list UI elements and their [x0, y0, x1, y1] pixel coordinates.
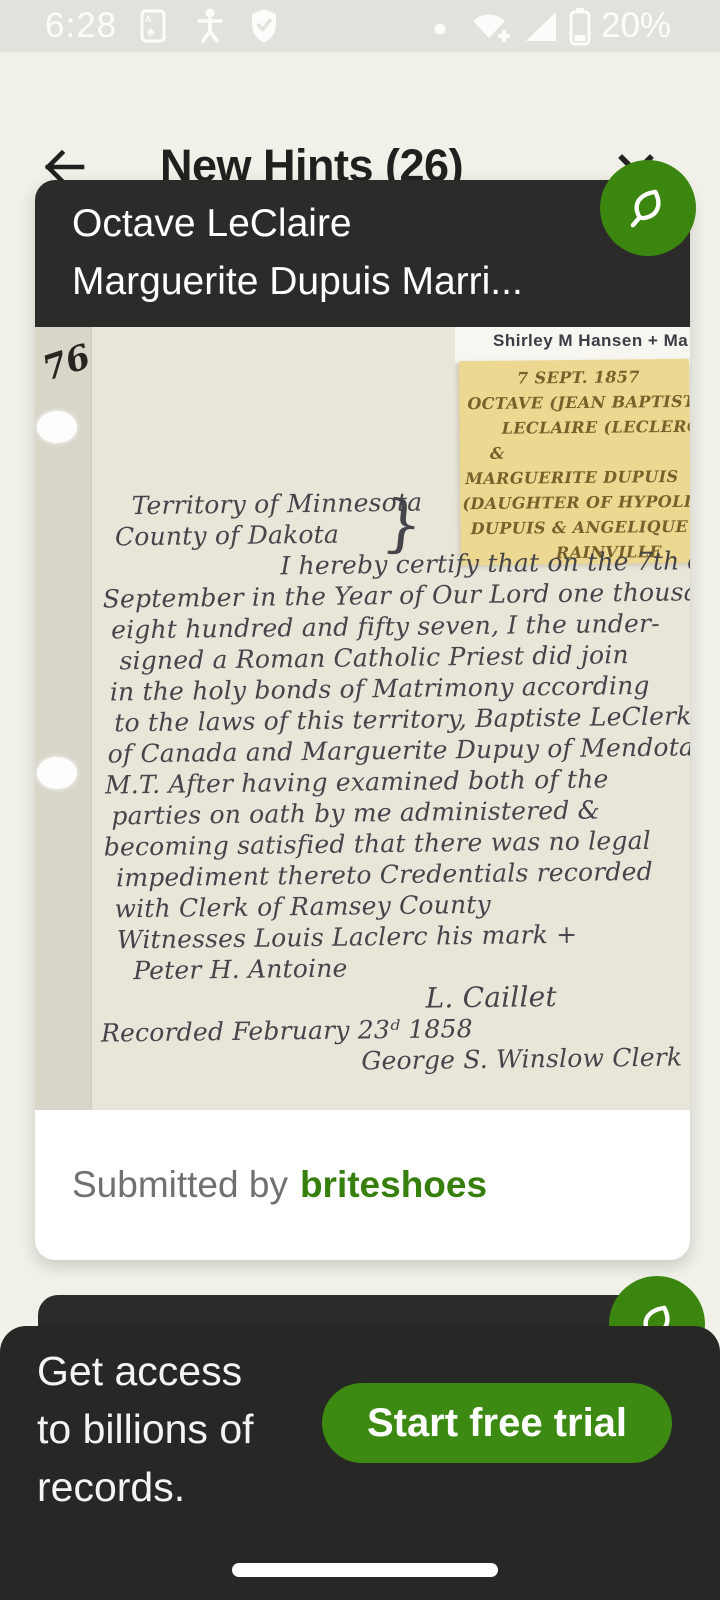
- notification-dot: [434, 22, 446, 40]
- handwritten-record-text: Territory of Minnesota County of Dakota …: [89, 483, 690, 1079]
- card-game-icon: A ♠: [140, 9, 166, 48]
- hint-title-line1: Octave LeClaire: [72, 195, 570, 253]
- note-line: &: [460, 439, 690, 466]
- banner-message: Get access to billions of records.: [37, 1342, 254, 1516]
- battery-icon: [568, 6, 592, 51]
- photo-label-strip: Shirley M Hansen + Ma: [455, 327, 690, 363]
- clock: 6:28: [45, 6, 117, 46]
- status-bar: 6:28 A ♠: [0, 0, 720, 52]
- app-header: New Hints (26): [0, 52, 720, 178]
- upsell-banner: Get access to billions of records. Start…: [0, 1326, 720, 1600]
- note-line: 7 SEPT. 1857: [459, 364, 689, 391]
- banner-message-line1: Get access: [37, 1342, 254, 1400]
- submitted-by-label: Submitted by: [72, 1164, 288, 1206]
- note-line: LECLAIRE (LECLERC: [460, 414, 690, 441]
- home-indicator[interactable]: [232, 1563, 498, 1577]
- battery-percent: 20%: [601, 6, 671, 46]
- hole-punch: [37, 757, 77, 789]
- ancestry-leaf-icon: [623, 183, 673, 233]
- banner-message-line2: to billions of: [37, 1400, 254, 1458]
- note-line: OCTAVE (JEAN BAPTISTE): [459, 389, 689, 416]
- start-free-trial-button[interactable]: Start free trial: [322, 1383, 672, 1463]
- accessibility-icon: [196, 8, 224, 49]
- svg-text:♠: ♠: [147, 23, 155, 39]
- hint-card-footer: Submitted by briteshoes: [35, 1110, 690, 1260]
- ancestry-leaf-button[interactable]: [600, 160, 696, 256]
- cell-signal-icon: [522, 10, 560, 49]
- banner-message-line3: records.: [37, 1458, 254, 1516]
- shield-check-icon: [250, 8, 278, 49]
- hole-punch: [37, 411, 77, 443]
- hint-title-line2: Marguerite Dupuis Marri...: [72, 253, 570, 311]
- hint-card[interactable]: Octave LeClaire Marguerite Dupuis Marri.…: [35, 180, 690, 1260]
- record-image[interactable]: 76 Shirley M Hansen + Ma 7 SEPT. 1857 OC…: [35, 327, 690, 1110]
- document-binding-margin: [35, 327, 92, 1110]
- submitter-link[interactable]: briteshoes: [300, 1164, 487, 1206]
- hint-card-header: Octave LeClaire Marguerite Dupuis Marri.…: [35, 180, 690, 327]
- wifi-plus-icon: [468, 10, 516, 51]
